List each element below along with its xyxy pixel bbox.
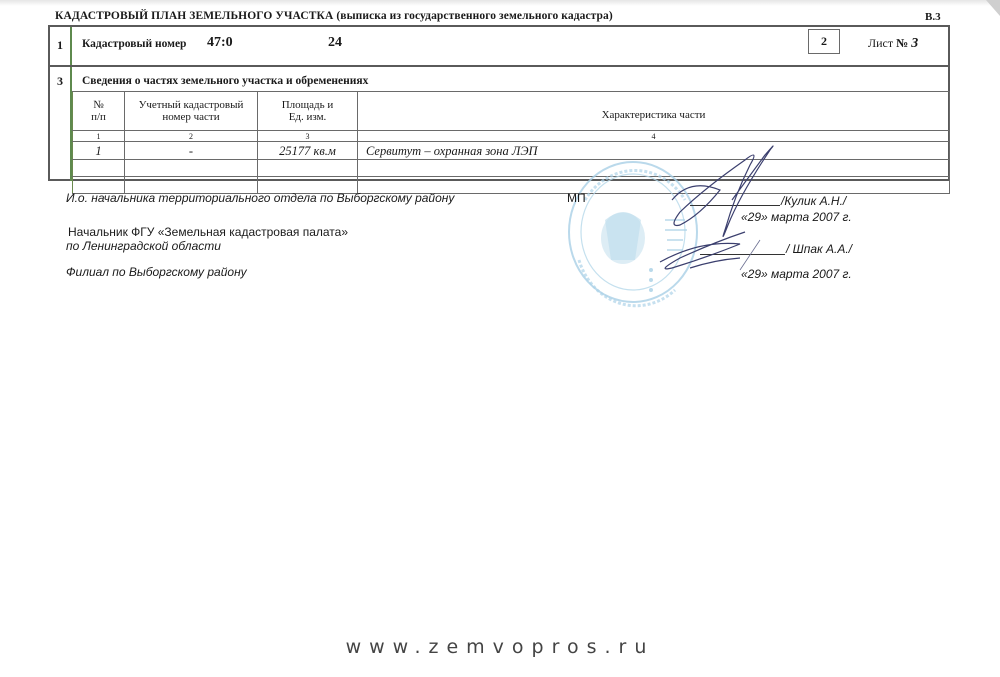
parts-table-index-row: 1 2 3 4 (73, 131, 950, 142)
column-header-part-number: Учетный кадастровый номер части (125, 92, 258, 131)
column-header-num: № п/п (73, 92, 125, 131)
section-1-row: 1 Кадастровый номер 47:0 24 2 Лист № 3 (50, 27, 948, 67)
stamp-label: МП (567, 191, 586, 205)
section-1-number: 1 (50, 27, 72, 65)
cadastral-number-value: 47:0 (207, 35, 233, 51)
column-header-characteristic: Характеристика части (358, 92, 950, 131)
field-number-box: 2 (808, 29, 840, 54)
part-number: - (125, 142, 258, 160)
number-sign: № (896, 36, 908, 50)
head-title-line1: Начальник ФГУ «Земельная кадастровая пал… (68, 225, 348, 239)
part-area (258, 160, 358, 177)
acting-head-title: И.о. начальника территориального отдела … (66, 191, 454, 205)
signature-line-1 (690, 205, 780, 206)
column-index: 3 (258, 131, 358, 142)
column-index: 4 (358, 131, 950, 142)
part-number (125, 160, 258, 177)
official-seal-icon (565, 160, 705, 310)
document-subtitle: (выписка из государственного земельного … (336, 10, 613, 22)
cadastral-form-frame: 1 Кадастровый номер 47:0 24 2 Лист № 3 3… (48, 25, 950, 181)
parts-table-header: № п/п Учетный кадастровый номер части Пл… (73, 92, 950, 131)
scan-corner (986, 0, 1000, 16)
signer-2-name: / Шпак А.А./ (786, 242, 852, 256)
cadastral-number-tail: 24 (328, 35, 342, 51)
parts-table: № п/п Учетный кадастровый номер части Пл… (72, 91, 950, 194)
footer-url: www.zemvopros.ru (0, 636, 1000, 658)
section-3-number: 3 (50, 67, 72, 181)
section-3-title: Сведения о частях земельного участка и о… (82, 75, 368, 87)
column-header-area: Площадь и Ед. изм. (258, 92, 358, 131)
document-title-main: КАДАСТРОВЫЙ ПЛАН ЗЕМЕЛЬНОГО УЧАСТКА (55, 10, 333, 22)
sheet-number-value: 3 (911, 36, 918, 51)
signer-1-name: /Кулик А.Н./ (781, 194, 846, 208)
column-index: 1 (73, 131, 125, 142)
table-row (73, 160, 950, 177)
row-number: 1 (73, 142, 125, 160)
part-characteristic: Сервитут – охранная зона ЛЭП (358, 142, 950, 160)
form-code: В.3 (925, 11, 941, 23)
section-3-row: 3 Сведения о частях земельного участка и… (50, 67, 948, 181)
sheet-label: Лист (868, 36, 893, 50)
scan-shadow (0, 0, 1000, 6)
row-number (73, 160, 125, 177)
sheet-number: Лист № 3 (868, 36, 918, 52)
head-title-line2: по Ленинградской области (66, 239, 221, 253)
signer-2-date: «29» марта 2007 г. (741, 267, 852, 281)
document-title: КАДАСТРОВЫЙ ПЛАН ЗЕМЕЛЬНОГО УЧАСТКА (вып… (55, 10, 613, 22)
table-row: 1 - 25177 кв.м Сервитут – охранная зона … (73, 142, 950, 160)
part-area: 25177 кв.м (258, 142, 358, 160)
cadastral-number-label: Кадастровый номер (82, 38, 186, 50)
signer-1-date: «29» марта 2007 г. (741, 210, 852, 224)
branch-name: Филиал по Выборгскому району (66, 265, 247, 279)
column-index: 2 (125, 131, 258, 142)
signature-line-2 (700, 254, 785, 255)
